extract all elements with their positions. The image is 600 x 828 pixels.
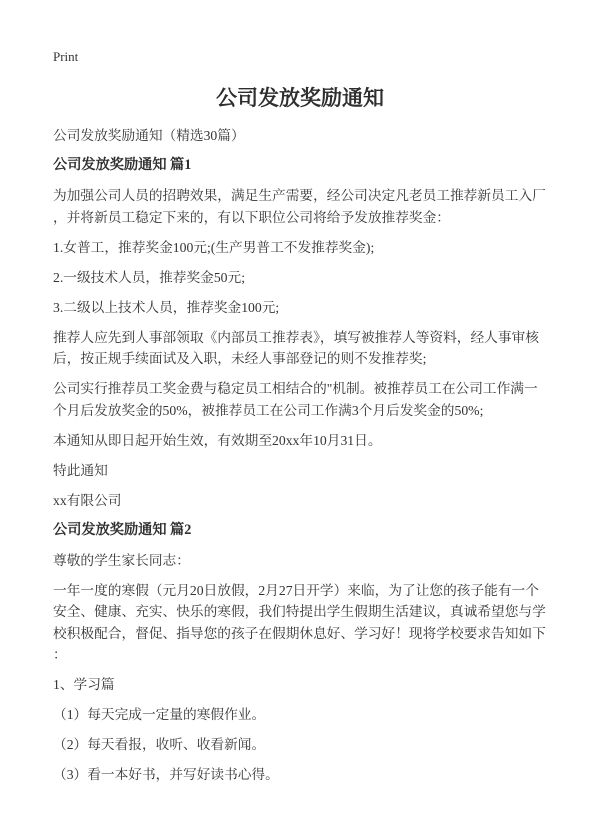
paragraph: 为加强公司人员的招聘效果，满足生产需要，经公司决定凡老员工推荐新员工入厂，并将新… [53, 185, 547, 228]
section-2-heading: 公司发放奖励通知 篇2 [53, 520, 547, 542]
closing-line: 特此通知 [53, 460, 547, 482]
list-item: （2）每天看报，收听、收看新闻。 [53, 734, 547, 756]
salutation-line: 尊敬的学生家长同志： [53, 550, 547, 572]
list-item: 3.二级以上技术人员，推荐奖金100元; [53, 297, 547, 319]
paragraph: 推荐人应先到人事部领取《内部员工推荐表》，填写被推荐人等资料，经人事审核后，按正… [53, 327, 547, 370]
page-title: 公司发放奖励通知 [53, 85, 547, 111]
document-page: Print 公司发放奖励通知 公司发放奖励通知（精选30篇） 公司发放奖励通知 … [0, 0, 600, 828]
list-item: 2.一级技术人员，推荐奖金50元; [53, 267, 547, 289]
print-link[interactable]: Print [53, 49, 78, 64]
list-item: （3）看一本好书，并写好读书心得。 [53, 764, 547, 786]
sub-heading: 1、学习篇 [53, 674, 547, 696]
paragraph: 公司实行推荐员工奖金费与稳定员工相结合的"机制。被推荐员工在公司工作满一个月后发… [53, 378, 547, 421]
section-1-heading: 公司发放奖励通知 篇1 [53, 155, 547, 177]
list-item: 1.女普工，推荐奖金100元;(生产男普工不发推荐奖金); [53, 237, 547, 259]
paragraph: 本通知从即日起开始生效，有效期至20xx年10月31日。 [53, 430, 547, 452]
list-item: （1）每天完成一定量的寒假作业。 [53, 704, 547, 726]
paragraph: 一年一度的寒假（元月20日放假，2月27日开学）来临，为了让您的孩子能有一个安全… [53, 580, 547, 666]
signature-line: xx有限公司 [53, 490, 547, 512]
doc-subtitle: 公司发放奖励通知（精选30篇） [53, 125, 547, 147]
